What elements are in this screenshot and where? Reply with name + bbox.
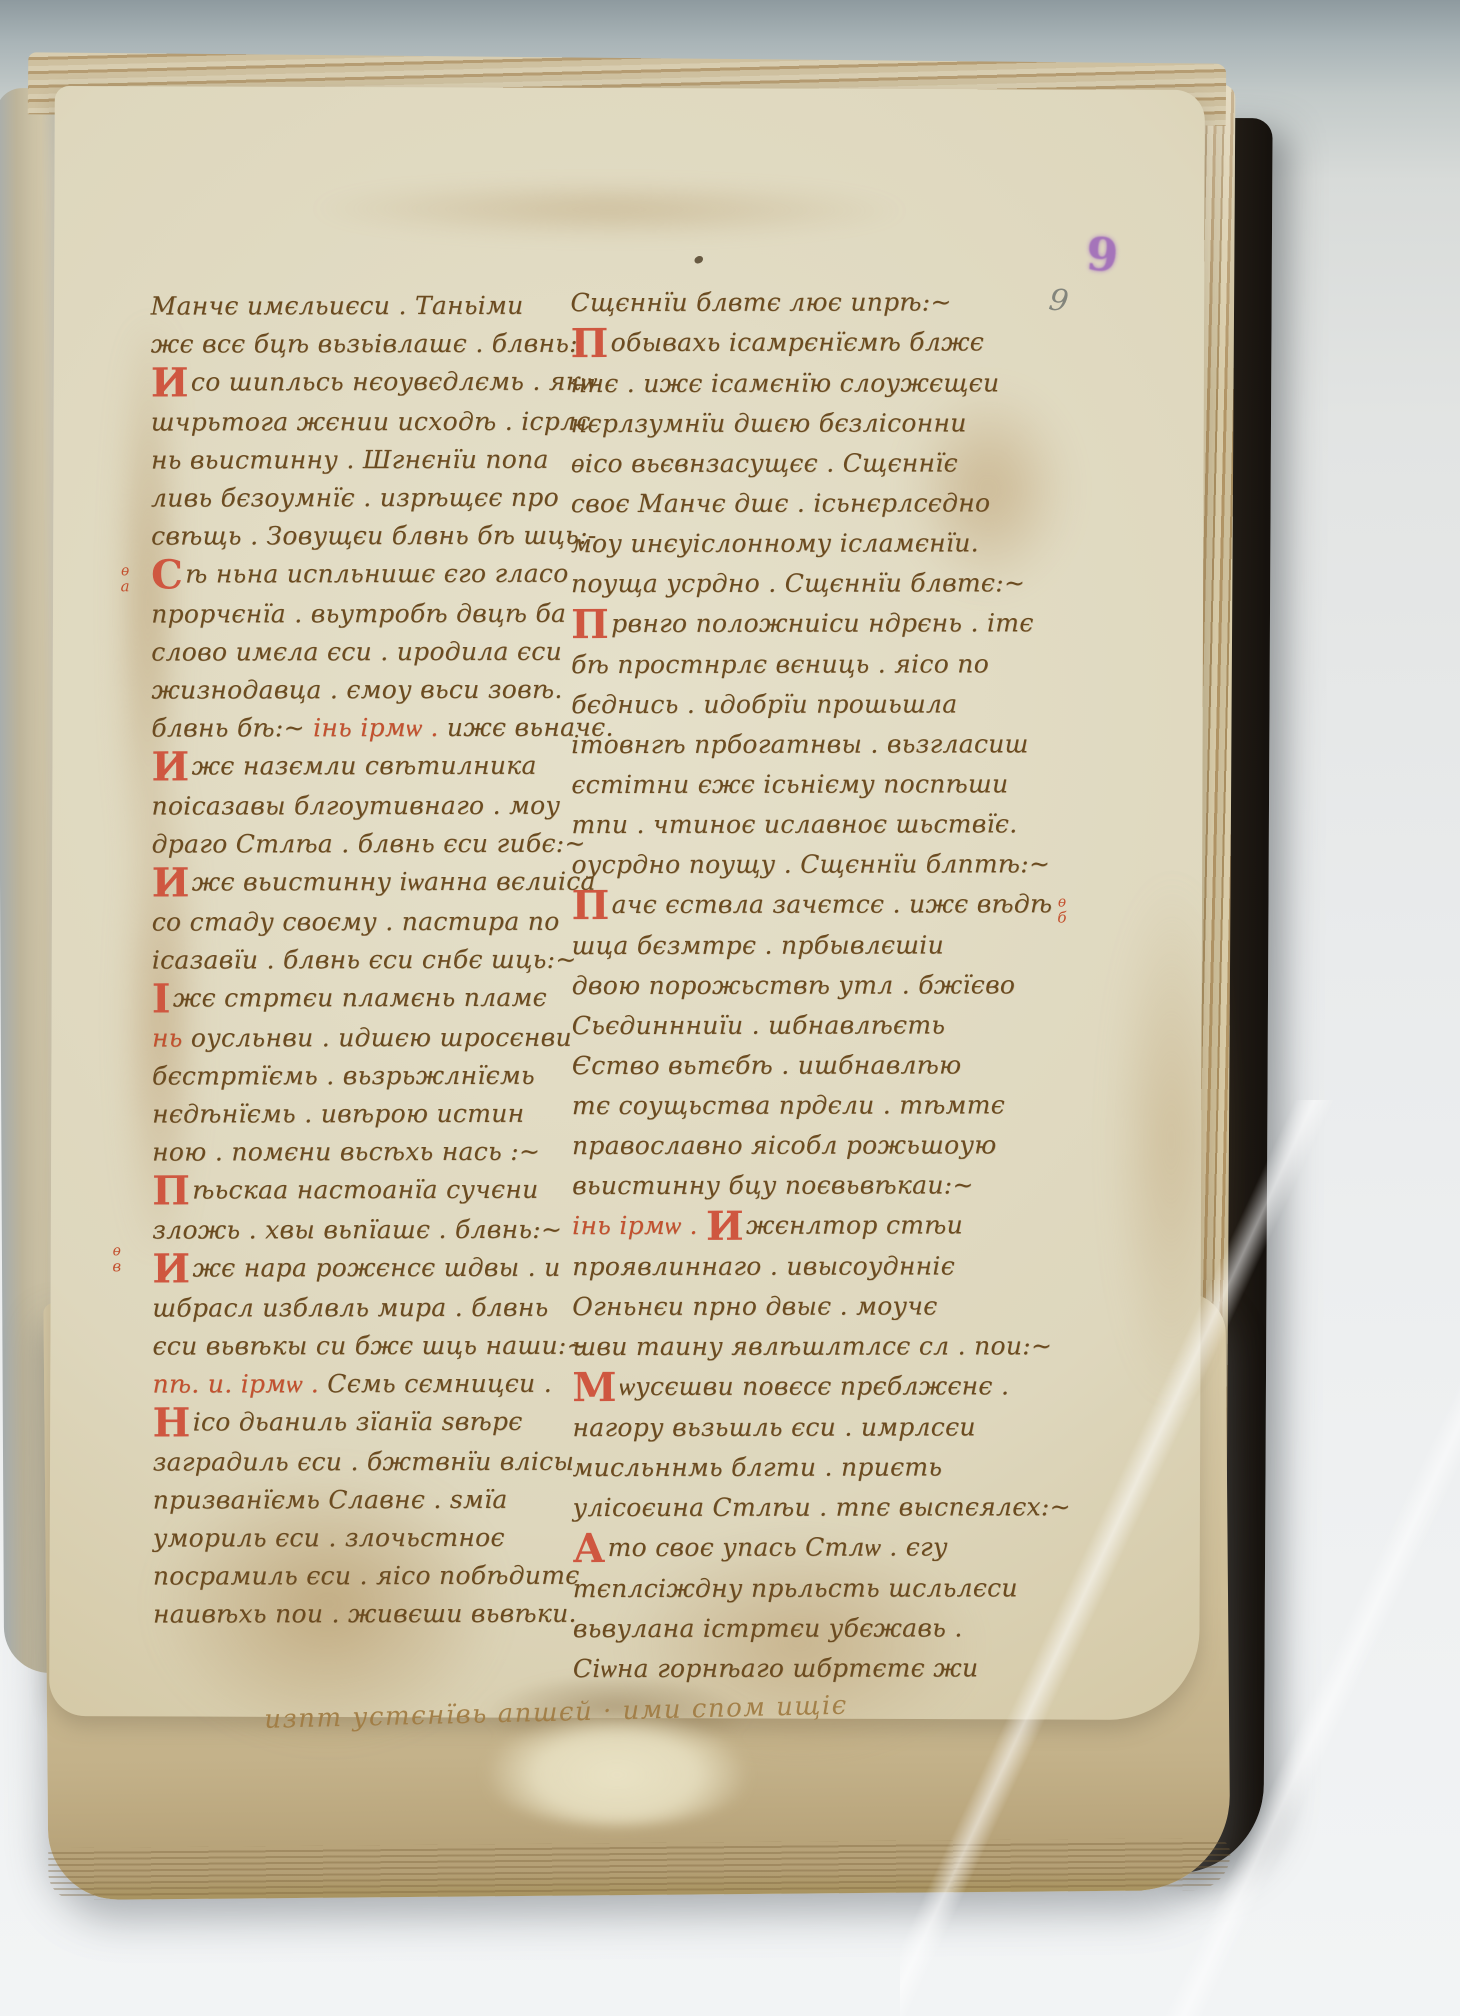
text-segment-ink: оусрдно поущу . Сщєннїи блптѣ:~ <box>571 849 1050 879</box>
manuscript-line: Нісо дьаниль зїанїа ѕвѣрє <box>153 1403 603 1444</box>
margin-mark-right: ѳ б <box>1052 893 1072 925</box>
margin-mark-letter: ѳ <box>107 1242 127 1258</box>
text-segment-ink: блвнь бѣ:~ <box>151 713 313 742</box>
text-segment-ink: со шипльсь нєоувєдлємь . якѡ <box>191 367 597 397</box>
text-segment-init: Н <box>153 1399 191 1446</box>
manuscript-line: нєрлзумнїи дшєю бєзлісонни <box>571 403 1061 444</box>
text-segment-ink: ісазавїи . блвнь єси снбє шць:~ <box>152 945 577 975</box>
manuscript-line: тпи . чтиноє иславноє шьствїє. <box>571 804 1061 845</box>
ink-speck <box>693 254 704 265</box>
manuscript-line: зложь . хвы вьпїашє . блвнь:~ <box>152 1211 602 1250</box>
text-segment-ink: своє Манчє дшє . ісьнєрлсєдно <box>571 488 991 518</box>
text-segment-ink: шчрьтога жєнии исходѣ . ісрлс <box>151 407 591 437</box>
manuscript-line: Сьєдиннниїи . шбнавлѣєть <box>572 1005 1062 1046</box>
margin-mark-letter: в <box>107 1258 127 1274</box>
manuscript-line: Манчє имєльиєси . Таньіми <box>151 287 601 326</box>
text-segment-ink: бєднись . идобрїи прошьшла <box>571 689 957 719</box>
manuscript-line: єстітни єжє ісьнієму поспѣши <box>571 764 1061 805</box>
manuscript-line: поуща усрдно . Сщєннїи блвтє:~ <box>571 563 1061 604</box>
text-segment-init: И <box>152 1245 190 1292</box>
text-segment-ink: ѣьскаа настоанїа сучєни <box>192 1175 538 1205</box>
text-segment-ink: поуща усрдно . Сщєннїи блвтє:~ <box>571 568 1025 598</box>
manuscript-line: Побывахь ісамрєнїємѣ блжє <box>571 322 1061 364</box>
manuscript-line: жизнодавца . ємоу вьси зовѣ. <box>151 671 601 710</box>
text-segment-ink: тпи . чтиноє иславноє шьствїє. <box>571 809 1017 839</box>
stamped-page-number: 9 <box>1084 227 1120 283</box>
manuscript-line: Сѣ ньна испльнишє єго гласо <box>151 555 601 596</box>
manuscript-line: Єство вьтєбѣ . ишбнавлѣю <box>572 1045 1062 1086</box>
text-segment-ink: жє стртєи пламєнь пламє <box>173 983 547 1013</box>
stain-top-edge <box>239 183 979 250</box>
text-segment-init: П <box>571 320 609 367</box>
manuscript-line: свѣщь . Зовущєи блвнь бѣ шць:- <box>151 517 601 556</box>
manuscript-line: жє всє бцѣ вьзьівлашє . блвнь: <box>151 325 601 364</box>
text-segment-ink: ѣ ньна испльнишє єго гласо <box>185 559 568 589</box>
manuscript-line: Ижє вьистинну іѡанна вєлиіса <box>152 863 602 904</box>
margin-mark-letter: ѳ <box>1052 893 1072 909</box>
text-segment-init: И <box>152 859 190 906</box>
manuscript-line: прорчєнїа . вьутробѣ двцѣ ба <box>151 595 601 634</box>
text-segment-ink: єстітни єжє ісьнієму поспѣши <box>571 769 1008 799</box>
manuscript-line: бєстртїємь . вьзрьжлнїємь <box>152 1057 602 1096</box>
manuscript-line: Сщєннїи блвтє лює ипрѣ:~ <box>570 282 1060 323</box>
text-segment-ink: заградиль єси . бжтвнїи влісы <box>153 1447 574 1477</box>
text-segment-ink: прорчєнїа . вьутробѣ двцѣ ба <box>151 599 566 629</box>
text-segment-ink: свѣщь . Зовущєи блвнь бѣ шць:- <box>151 521 597 551</box>
manuscript-line: блвнь бѣ:~ інь ірмѡ . ижє вьначє. <box>151 709 601 748</box>
manuscript-line: Првнго положниіси ндрєнь . ітє <box>571 603 1061 645</box>
manuscript-line: Ижє нара рожєнсє шдвы . и <box>152 1249 602 1290</box>
manuscript-line: посрамиль єси . яісо побѣдитє <box>153 1557 603 1596</box>
manuscript-line: оусрдно поущу . Сщєннїи блптѣ:~ <box>571 844 1061 885</box>
text-segment-red: нь <box>152 1023 183 1052</box>
manuscript-line: нєдѣнїємь . ивѣрою истин <box>152 1095 602 1134</box>
manuscript-line: шбрасл изблвль мира . блвнь <box>152 1289 602 1328</box>
left-text-column: Манчє имєльиєси . Таньімижє всє бцѣ вьзь… <box>151 287 603 1634</box>
text-segment-ink: жє нара рожєнсє шдвы . и <box>192 1253 560 1283</box>
text-segment-ink: нєрлзумнїи дшєю бєзлісонни <box>571 408 967 438</box>
text-segment-ink: бѣ простнрлє вєниць . яісо по <box>571 649 989 679</box>
text-segment-ink: поісазавы блгоутивнаго . моу <box>152 791 561 821</box>
text-segment-ink: Сьєдиннниїи . шбнавлѣєть <box>572 1010 946 1040</box>
text-segment-init: І <box>152 975 171 1022</box>
text-segment-ink: шбрасл изблвль мира . блвнь <box>152 1293 548 1323</box>
manuscript-line: ісазавїи . блвнь єси снбє шць:~ <box>152 941 602 980</box>
text-segment-ink: драго Стлѣа . блвнь єси гибє:~ <box>152 829 586 859</box>
manuscript-line: шчрьтога жєнии исходѣ . ісрлс <box>151 403 601 442</box>
text-segment-ink: Сємь сємницєи . <box>327 1369 552 1398</box>
text-segment-ink: со стаду своєму . пастира по <box>152 907 560 937</box>
manuscript-line: слово имєла єси . иродила єси <box>151 633 601 672</box>
pencil-page-number: 9 <box>1047 282 1071 319</box>
manuscript-line: пѣ. и. ірмѡ . Сємь сємницєи . <box>153 1365 603 1404</box>
text-segment-ink: ннє . ижє ісамєнїю слоужєщєи <box>571 368 1000 398</box>
text-segment-ink: проявлиннаго . ивысоуднніє <box>572 1251 955 1281</box>
text-segment-ink: ітовнгѣ прбогатнвы . вьзгласиш <box>571 729 1028 759</box>
manuscript-line: своє Манчє дшє . ісьнєрлсєдно <box>571 483 1061 524</box>
text-segment-init: П <box>572 882 610 929</box>
manuscript-line: Пѣьскаа настоанїа сучєни <box>152 1171 602 1212</box>
text-segment-ink: моу инєуіслонному ісламєнїи. <box>571 528 979 558</box>
text-segment-init: П <box>152 1167 190 1214</box>
manuscript-line: драго Стлѣа . блвнь єси гибє:~ <box>152 825 602 864</box>
manuscript-line: призванїємь Славнє . ѕмїа <box>153 1481 603 1520</box>
manuscript-line: со стаду своєму . пастира по <box>152 903 602 942</box>
manuscript-line: ливь бєзоумнїє . изрѣщєє про <box>151 479 601 518</box>
text-segment-ink: шца бєзмтрє . прбывлєшіи <box>572 930 944 960</box>
manuscript-line: Пачє єствла зачєтсє . ижє вѣдѣ <box>572 884 1062 926</box>
text-segment-init: А <box>573 1525 606 1572</box>
text-segment-ink: жє назємли свѣтилника <box>192 751 537 781</box>
background-sheet-crease <box>900 1100 1460 2016</box>
text-segment-ink: ісо дьаниль зїанїа ѕвѣрє <box>193 1407 523 1437</box>
manuscript-line: бєднись . идобрїи прошьшла <box>571 684 1061 725</box>
manuscript-line: Іжє стртєи пламєнь пламє <box>152 979 602 1020</box>
text-segment-ink: нь вьистинну . Шгнєнїи попа <box>151 445 549 475</box>
text-segment-ink: нєдѣнїємь . ивѣрою истин <box>152 1099 524 1129</box>
text-segment-ink: призванїємь Славнє . ѕмїа <box>153 1485 508 1515</box>
text-segment-ink: жє вьистинну іѡанна вєлиіса <box>192 867 596 897</box>
manuscript-line: нь оусльнви . идшєю шросєнви <box>152 1019 602 1058</box>
text-segment-red: інь ірмѡ . <box>313 713 447 742</box>
manuscript-line: єси вьвѣкы си бжє шць наши:~ <box>152 1327 602 1366</box>
text-segment-ink: оусльнви . идшєю шросєнви <box>183 1023 572 1053</box>
text-segment-init: И <box>706 1203 744 1250</box>
text-segment-ink: двою порожьствѣ утл . бжїєво <box>572 970 1016 1000</box>
manuscript-line: Исо шипльсь нєоувєдлємь . якѡ <box>151 363 601 404</box>
text-segment-ink: бєстртїємь . вьзрьжлнїємь <box>152 1061 535 1091</box>
manuscript-line: Ижє назємли свѣтилника <box>151 747 601 788</box>
text-segment-ink: обывахь ісамрєнїємѣ блжє <box>611 327 984 357</box>
text-segment-init: И <box>151 359 189 406</box>
text-segment-ink: то своє упась Стлѡ . єгу <box>608 1532 948 1562</box>
manuscript-line: поісазавы блгоутивнаго . моу <box>151 787 601 826</box>
text-segment-init: С <box>151 551 183 598</box>
text-segment-ink: Манчє имєльиєси . Таньіми <box>151 291 524 321</box>
text-segment-ink: жє всє бцѣ вьзьівлашє . блвнь: <box>151 329 578 359</box>
text-segment-ink: зложь . хвы вьпїашє . блвнь:~ <box>152 1215 562 1245</box>
text-segment-ink: ною . помєни вьсѣхь нась :~ <box>152 1137 540 1167</box>
margin-mark-letter: а <box>115 578 135 594</box>
text-segment-init: М <box>572 1364 617 1411</box>
text-segment-ink: умориль єси . злочьстноє <box>153 1523 505 1553</box>
margin-mark-left-upper: ѳ а <box>115 562 135 594</box>
text-segment-ink: мисльннмь блгти . приєть <box>573 1452 943 1482</box>
text-segment-ink: рвнго положниіси ндрєнь . ітє <box>611 608 1034 638</box>
margin-mark-left-lower: ѳ в <box>107 1242 127 1274</box>
manuscript-line: умориль єси . злочьстноє <box>153 1519 603 1558</box>
manuscript-line: нь вьистинну . Шгнєнїи попа <box>151 441 601 480</box>
manuscript-line: моу инєуіслонному ісламєнїи. <box>571 523 1061 564</box>
manuscript-line: ітовнгѣ прбогатнвы . вьзгласиш <box>571 724 1061 765</box>
manuscript-line: наивѣхь пои . живєши вьвѣки. <box>153 1595 603 1634</box>
text-segment-red: пѣ. и. ірмѡ . <box>153 1369 328 1398</box>
manuscript-line: ѳісо вьєвнзасущєє . Сщєннїє <box>571 443 1061 484</box>
manuscript-line: заградиль єси . бжтвнїи влісы <box>153 1443 603 1482</box>
margin-mark-letter: б <box>1052 909 1072 925</box>
text-segment-red: інь ірмѡ . <box>572 1211 706 1240</box>
text-segment-ink: ѳісо вьєвнзасущєє . Сщєннїє <box>571 448 958 478</box>
text-segment-ink: ливь бєзоумнїє . изрѣщєє про <box>151 483 559 513</box>
text-segment-ink: єси вьвѣкы си бжє шць наши:~ <box>152 1331 587 1361</box>
text-segment-ink: жизнодавца . ємоу вьси зовѣ. <box>151 675 562 705</box>
manuscript-line: шца бєзмтрє . прбывлєшіи <box>572 925 1062 966</box>
margin-mark-letter: ѳ <box>115 562 135 578</box>
manuscript-line: бѣ простнрлє вєниць . яісо по <box>571 644 1061 685</box>
text-segment-ink: Сщєннїи блвтє лює ипрѣ:~ <box>570 287 951 317</box>
manuscript-line: двою порожьствѣ утл . бжїєво <box>572 965 1062 1006</box>
manuscript-line: ною . помєни вьсѣхь нась :~ <box>152 1133 602 1172</box>
manuscript-line: ннє . ижє ісамєнїю слоужєщєи <box>571 363 1061 404</box>
text-segment-ink: наивѣхь пои . живєши вьвѣки. <box>153 1599 577 1629</box>
text-segment-ink: слово имєла єси . иродила єси <box>151 637 562 667</box>
text-segment-ink: посрамиль єси . яісо побѣдитє <box>153 1561 580 1591</box>
text-segment-ink: ачє єствла зачєтсє . ижє вѣдѣ <box>612 889 1053 919</box>
text-segment-ink: Єство вьтєбѣ . ишбнавлѣю <box>572 1050 962 1080</box>
text-segment-init: И <box>151 743 189 790</box>
text-segment-init: П <box>571 601 609 648</box>
manuscript-photo: Манчє имєльиєси . Таньімижє всє бцѣ вьзь… <box>0 0 1460 2016</box>
text-segment-ink: Огньнєи прно двыє . моучє <box>572 1291 937 1321</box>
